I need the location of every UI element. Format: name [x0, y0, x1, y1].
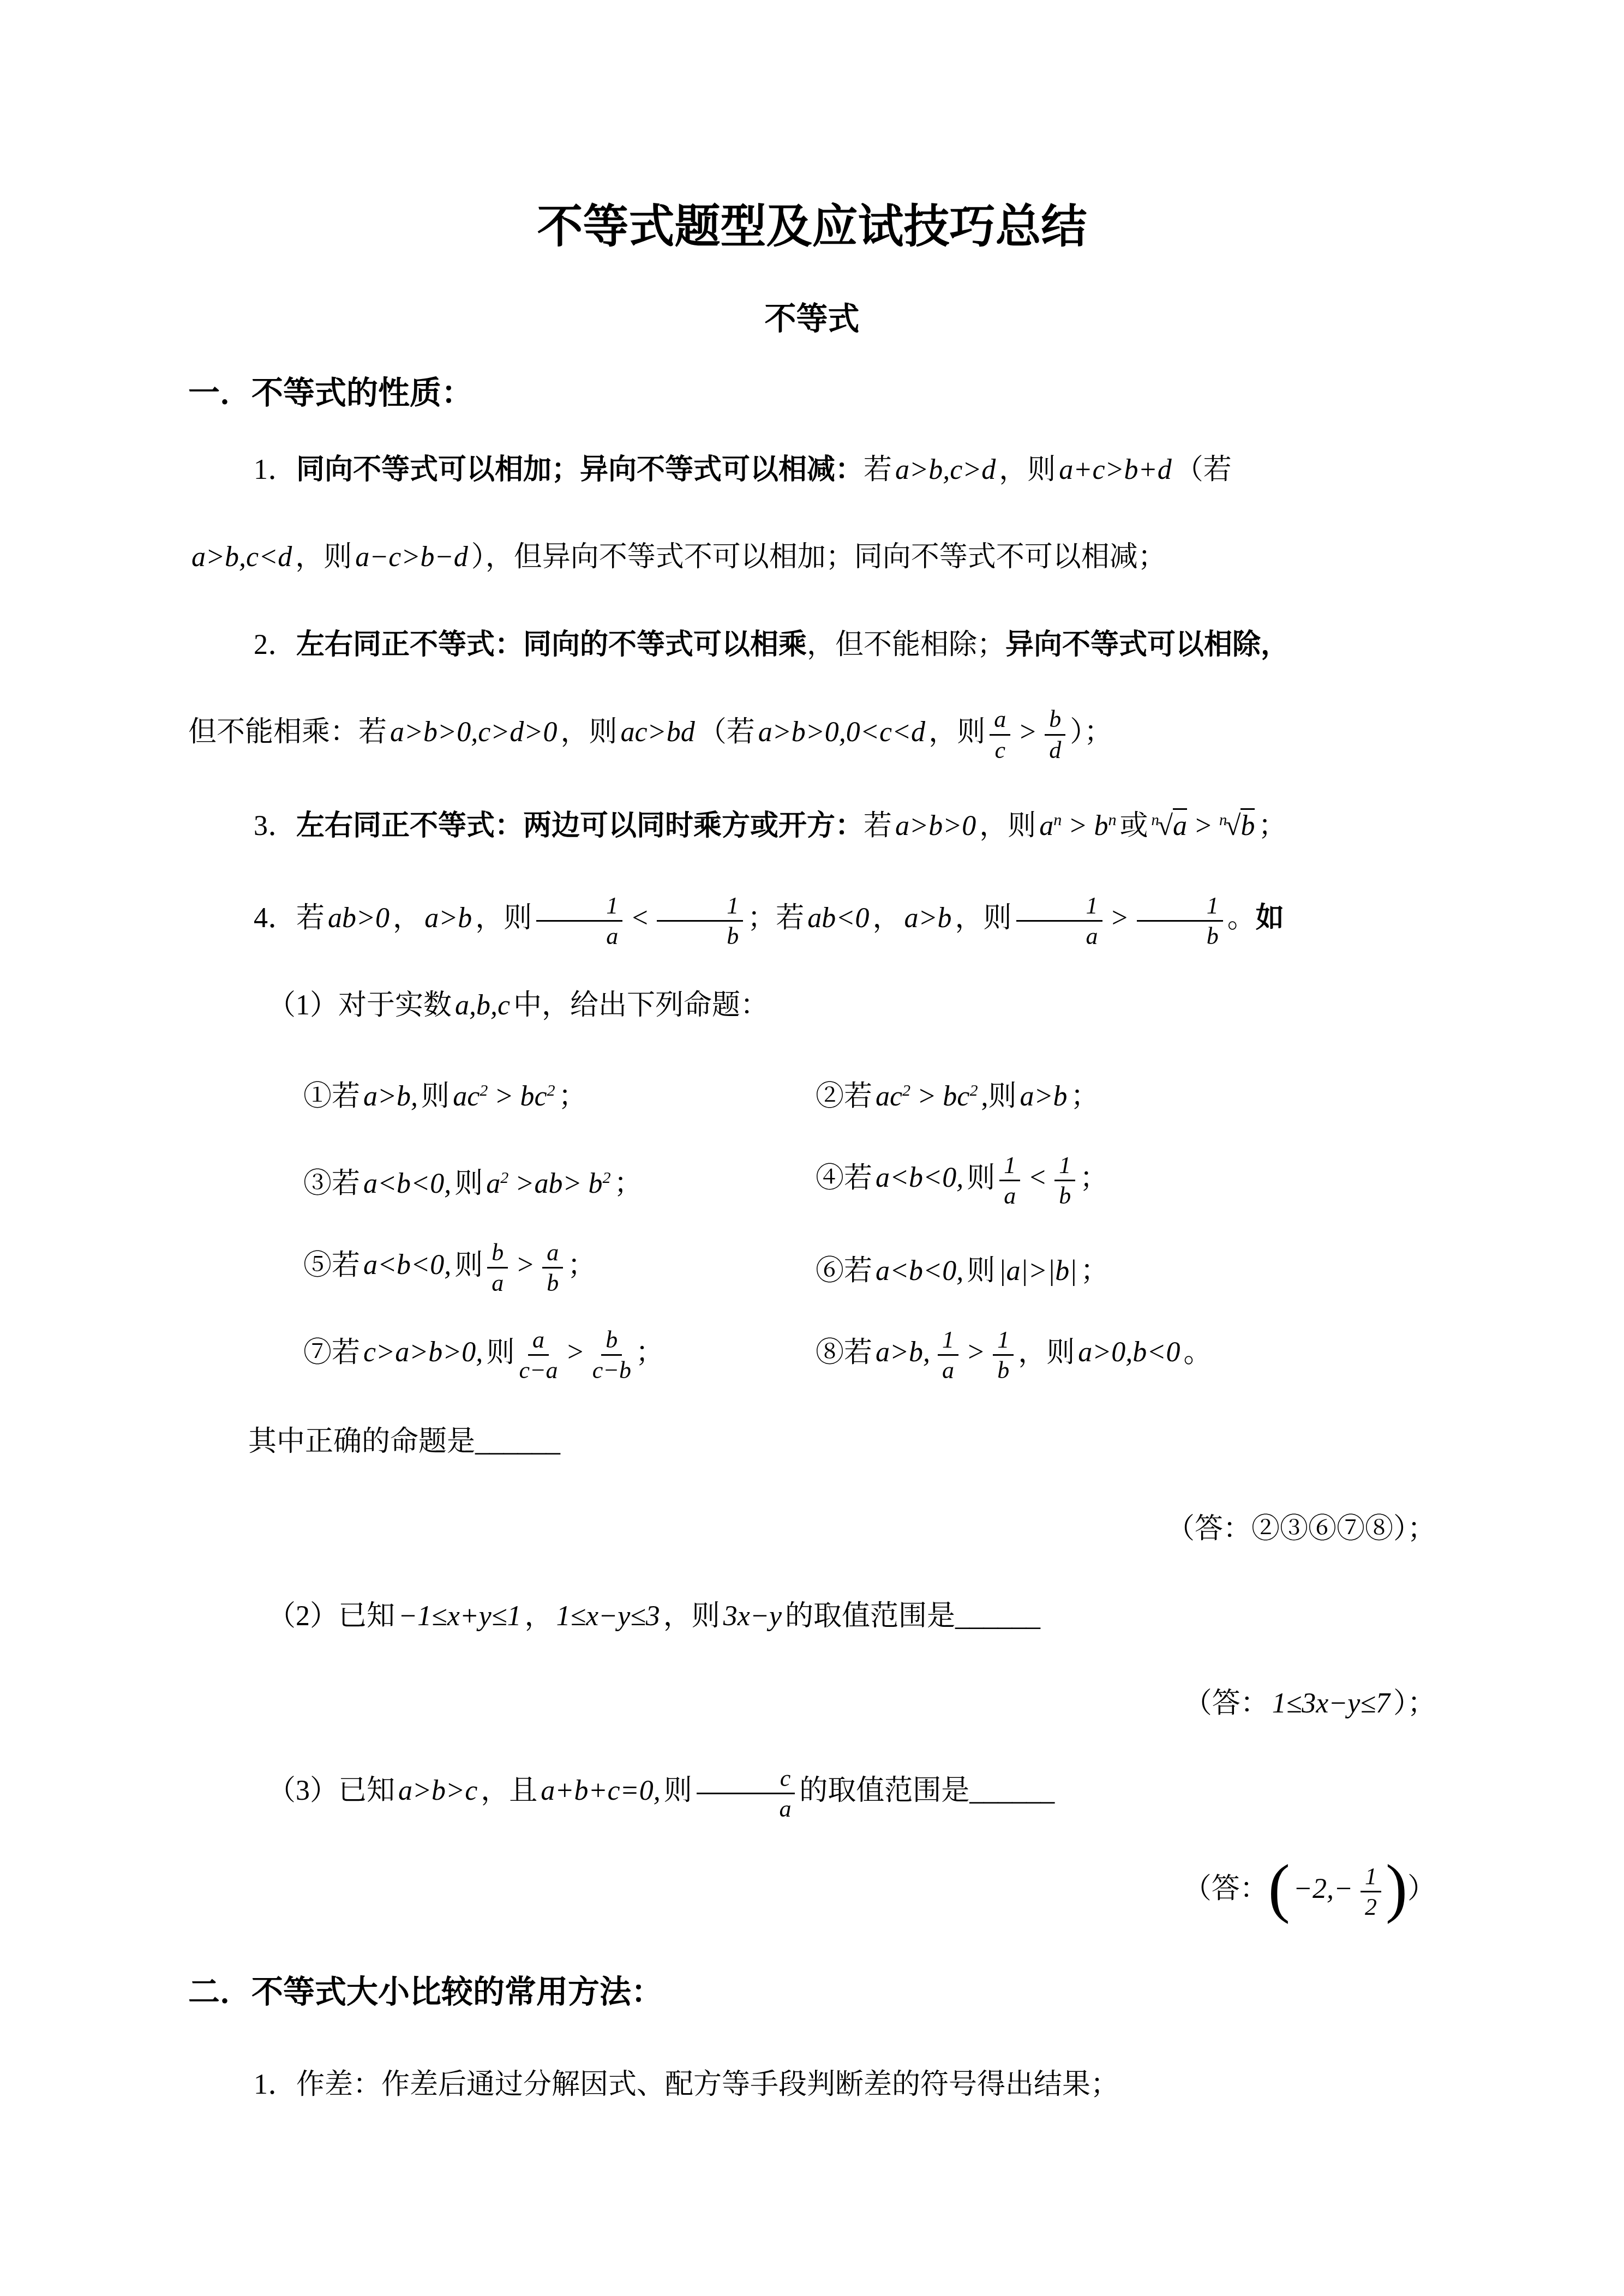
fraction-1-over-b: 1b [657, 892, 743, 950]
question2-line: （2）已知−1≤x+y≤1，1≤x−y≤3，则3x−y的取值范围是______ [188, 1573, 1436, 1660]
fraction-1-over-a: 1a [1016, 892, 1102, 950]
big-right-paren: ) [1386, 1852, 1407, 1924]
item1-number: 1． [254, 454, 296, 485]
propositions-row1: ①若a>b,则ac2>bc2； ②若ac2>bc2,则a>b； [188, 1049, 1436, 1137]
section1-heading: 一．不等式的性质： [188, 371, 1436, 415]
proposition-1: ①若a>b,则ac2>bc2； [188, 1073, 816, 1114]
fraction-1-over-b: 1b [1137, 892, 1223, 950]
proposition-3: ③若a<b<0,则a2>ab>b2； [188, 1160, 816, 1201]
fraction-1-over-b: 1b [1054, 1152, 1075, 1210]
proposition-6: ⑥若a<b<0,则|a|>|b|； [816, 1247, 1109, 1288]
item1-line2: a>b,c<d，则a−c>b−d），但异向不等式不可以相加；同向不等式不可以相减… [188, 514, 1436, 601]
item2-bold-rule1: 左右同正不等式：同向的不等式可以相乘 [296, 629, 807, 660]
proposition-8: ⑧若a>b,1a>1b，则a>0,b<0。 [816, 1326, 1212, 1384]
fraction-b-over-c-minus-b: bc−b [592, 1326, 631, 1384]
item2-line2: 但不能相乘：若a>b>0,c>d>0，则ac>bd（若a>b>0,0<c<d，则… [188, 689, 1436, 776]
propositions-row4: ⑦若c>a>b>0,则ac−a>bc−b； ⑧若a>b,1a>1b，则a>0,b… [188, 1311, 1436, 1398]
math-ac-squared: ac2 [450, 1081, 491, 1112]
proposition-7: ⑦若c>a>b>0,则ac−a>bc−b； [188, 1326, 816, 1384]
answer3-line: （答：(−2,−12)） [188, 1835, 1436, 1944]
proposition-4: ④若a<b<0,则1a<1b； [816, 1152, 1108, 1210]
math-b-squared: b2 [585, 1168, 614, 1199]
fraction-b-over-d: bd [1045, 706, 1065, 764]
item3-line: 3．左右同正不等式：两边可以同时乘方或开方：若a>b>0，则an>bn或n√a>… [188, 776, 1436, 874]
document-page: 不等式题型及应试技巧总结 不等式 一．不等式的性质： 1．同向不等式可以相加；异… [0, 0, 1624, 2296]
fraction-a-over-b: ab [542, 1239, 563, 1297]
fraction-a-over-c-minus-a: ac−a [519, 1326, 558, 1384]
math-b-pow-n: bn [1090, 810, 1119, 842]
answer1-line: （答：②③⑥⑦⑧）； [188, 1486, 1436, 1573]
math-a-gt-b-c-gt-d: a>b,c>d [892, 454, 999, 485]
fraction-1-over-a: 1a [536, 892, 622, 950]
math-a-squared: a2 [483, 1168, 512, 1199]
math-bc-squared: bc2 [939, 1081, 981, 1112]
item4-line: 4．若ab>0，a>b，则1a<1b；若ab<0，a>b，则1a>1b。如 [188, 874, 1436, 962]
nth-root-b: n√b [1216, 810, 1258, 842]
fraction-1-over-a: 1a [999, 1152, 1020, 1210]
math-bc-squared: bc2 [517, 1081, 558, 1112]
item1-line1: 1．同向不等式可以相加；异向不等式可以相减：若a>b,c>d，则a+c>b+d（… [188, 426, 1436, 514]
math-a-minus-c: a−c>b−d [352, 542, 471, 573]
math-a-pow-n: an [1036, 810, 1065, 842]
propositions-row2: ③若a<b<0,则a2>ab>b2； ④若a<b<0,则1a<1b； [188, 1137, 1436, 1224]
doc-subtitle: 不等式 [188, 297, 1436, 341]
item4-number: 4．若 [254, 903, 325, 934]
nth-root-a: n√a [1148, 810, 1190, 842]
answer2-line: （答：1≤3x−y≤7）； [188, 1660, 1436, 1747]
item3-number: 3． [254, 810, 296, 842]
math-abs-values: |a|>|b| [995, 1255, 1080, 1287]
item1-bold-rule: 同向不等式可以相加；异向不等式可以相减： [296, 454, 864, 485]
big-left-paren: ( [1268, 1852, 1290, 1924]
question1-blank-line: 其中正确的命题是______ [188, 1398, 1436, 1486]
propositions-row3: ⑤若a<b<0,则ba>ab； ⑥若a<b<0,则|a|>|b|； [188, 1224, 1436, 1311]
item3-bold-rule: 左右同正不等式：两边可以同时乘方或开方： [296, 810, 864, 842]
fraction-a-over-c: ac [990, 706, 1010, 764]
math-a-gt-b-c-lt-d: a>b,c<d [188, 542, 295, 573]
fraction-1-over-a: 1a [938, 1326, 958, 1384]
fraction-c-over-a: ca [697, 1765, 795, 1823]
section2-item1-line: 1．作差：作差后通过分解因式、配方等手段判断差的符号得出结果； [188, 2041, 1436, 2129]
fraction-1-over-2: 12 [1361, 1863, 1381, 1921]
item2-line1: 2．左右同正不等式：同向的不等式可以相乘，但不能相除；异向不等式可以相除， [188, 601, 1436, 689]
item4-bold-ru: 如 [1256, 902, 1284, 934]
section2-heading: 二．不等式大小比较的常用方法： [188, 1970, 1436, 2014]
item2-number: 2． [254, 629, 296, 660]
proposition-2: ②若ac2>bc2,则a>b； [816, 1073, 1099, 1114]
question3-line: （3）已知a>b>c，且a+b+c=0,则ca的取值范围是______ [188, 1747, 1436, 1835]
question1-line: （1）对于实数a,b,c中，给出下列命题： [188, 962, 1436, 1049]
math-ac-squared: ac2 [872, 1081, 914, 1112]
item2-bold-rule2: 异向不等式可以相除， [1005, 629, 1289, 660]
doc-title: 不等式题型及应试技巧总结 [188, 196, 1436, 256]
fraction-1-over-b: 1b [993, 1326, 1014, 1384]
math-a-plus-c: a+c>b+d [1056, 454, 1174, 485]
proposition-5: ⑤若a<b<0,则ba>ab； [188, 1239, 816, 1297]
fraction-b-over-a: ba [487, 1239, 508, 1297]
